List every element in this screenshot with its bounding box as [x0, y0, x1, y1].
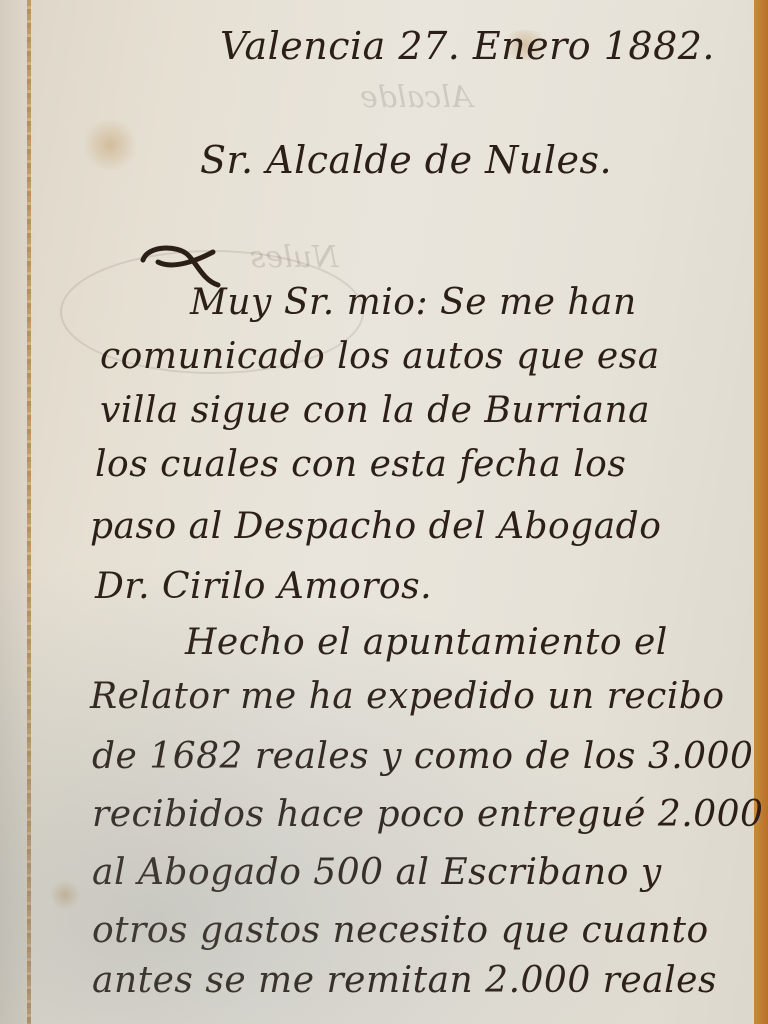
body-line: al Abogado 500 al Escribano y [92, 852, 662, 893]
body-line: otros gastos necesito que cuanto [92, 910, 709, 951]
body-line: Relator me ha expedido un recibo [90, 676, 725, 717]
body-line: paso al Despacho del Abogado [90, 506, 661, 547]
body-line: recibidos hace poco entregué 2.000 [92, 794, 763, 835]
body-line: antes se me remitan 2.000 reales [92, 960, 717, 1001]
body-line: villa sigue con la de Burriana [100, 390, 650, 431]
body-line: comunicado los autos que esa [100, 336, 660, 377]
body-line: Hecho el apuntamiento el [185, 622, 668, 663]
letter-content: Valencia 27. Enero 1882. Sr. Alcalde de … [0, 0, 768, 1024]
body-line: Dr. Cirilo Amoros. [95, 566, 432, 607]
body-line: los cuales con esta fecha los [95, 444, 626, 485]
addressee: Sr. Alcalde de Nules. [200, 138, 612, 182]
body-line: de 1682 reales y como de los 3.000 [92, 736, 753, 777]
body-line: Muy Sr. mio: Se me han [190, 282, 637, 323]
dateline: Valencia 27. Enero 1882. [220, 24, 715, 68]
